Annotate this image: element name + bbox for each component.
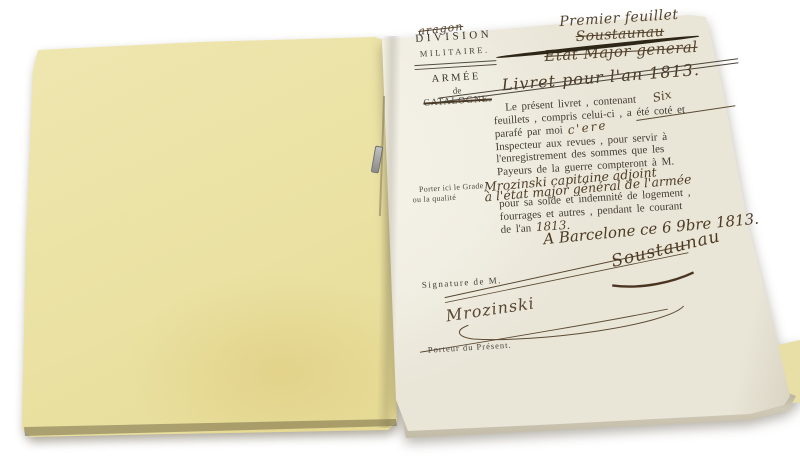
header-divider-rule xyxy=(414,60,496,69)
paragraph-text: de l'an xyxy=(500,222,536,236)
militaire-label: MILITAIRE. xyxy=(405,44,503,60)
right-page-text-layer: DIVISION MILITAIRE. ARMÉE de CATALOGNE. … xyxy=(398,5,768,437)
photo-open-livret-1813: DIVISION MILITAIRE. ARMÉE de CATALOGNE. … xyxy=(0,0,800,464)
